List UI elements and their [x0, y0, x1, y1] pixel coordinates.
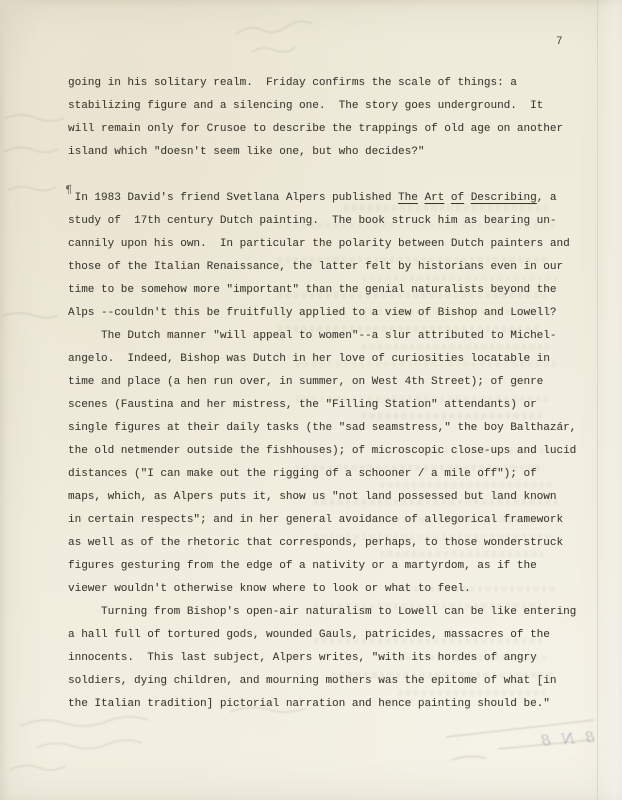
text-line: In 1983 David's friend Svetlana Alpers p… [68, 187, 588, 210]
smudge-top-2 [252, 47, 296, 52]
text-line: single figures at their daily tasks (the… [68, 417, 588, 440]
text-line: in certain respects"; and in her general… [68, 509, 588, 532]
scanned-typescript-page: 7 going in his solitary realm. Friday co… [0, 0, 622, 800]
text-line: distances ("I can make out the rigging o… [68, 463, 588, 486]
pencil-stroke-3 [452, 756, 486, 760]
smudge-bottom-2 [36, 740, 142, 748]
text-line: the old netmender outside the fishhouses… [68, 440, 588, 463]
text-line: as well as of the rhetoric that correspo… [68, 532, 588, 555]
paragraph: The Dutch manner "will appeal to women"-… [68, 325, 588, 601]
text-line: soldiers, dying children, and mourning m… [68, 670, 588, 693]
text-line: scenes (Faustina and her mistress, the "… [68, 394, 588, 417]
text-line: Alps --couldn't this be fruitfully appli… [68, 302, 588, 325]
text-line: study of 17th century Dutch painting. Th… [68, 210, 588, 233]
text-line: viewer wouldn't otherwise know where to … [68, 578, 588, 601]
text-line: going in his solitary realm. Friday conf… [68, 72, 588, 95]
text-line: cannily upon his own. In particular the … [68, 233, 588, 256]
text-line: island which "doesn't seem like one, but… [68, 141, 588, 164]
paragraph: going in his solitary realm. Friday conf… [68, 72, 588, 164]
typescript-body: going in his solitary realm. Friday conf… [68, 72, 588, 716]
smudge-left-4 [2, 313, 58, 318]
text-line: a hall full of tortured gods, wounded Ga… [68, 624, 588, 647]
text-line: Turning from Bishop's open-air naturalis… [68, 601, 588, 624]
smudge-top-1 [236, 21, 312, 34]
text-line: angelo. Indeed, Bishop was Dutch in her … [68, 348, 588, 371]
smudge-bottom-3 [10, 765, 66, 770]
bleedthrough-handwriting: 8 N 8 [537, 728, 595, 750]
paragraph: ¶In 1983 David's friend Svetlana Alpers … [68, 187, 588, 325]
paragraph-insert-mark: ¶ [65, 178, 72, 202]
text-line: those of the Italian Renaissance, the la… [68, 256, 588, 279]
smudge-left-1 [6, 115, 64, 121]
text-line: maps, which, as Alpers puts it, show us … [68, 486, 588, 509]
text-line: The Dutch manner "will appeal to women"-… [68, 325, 588, 348]
smudge-bottom-1 [20, 717, 148, 726]
smudge-left-3 [8, 187, 56, 191]
page-number: 7 [556, 36, 563, 48]
text-line: time and place (a hen run over, in summe… [68, 371, 588, 394]
text-line: will remain only for Crusoe to describe … [68, 118, 588, 141]
text-line: the Italian tradition] pictorial narrati… [68, 693, 588, 716]
text-line: figures gesturing from the edge of a nat… [68, 555, 588, 578]
paper-right-edge [597, 0, 622, 800]
text-line: time to be somehow more "important" than… [68, 279, 588, 302]
text-line: stabilizing figure and a silencing one. … [68, 95, 588, 118]
paper-corner-shading [0, 0, 60, 90]
paragraph: Turning from Bishop's open-air naturalis… [68, 601, 588, 716]
text-line: innocents. This last subject, Alpers wri… [68, 647, 588, 670]
smudge-left-2 [4, 147, 58, 152]
